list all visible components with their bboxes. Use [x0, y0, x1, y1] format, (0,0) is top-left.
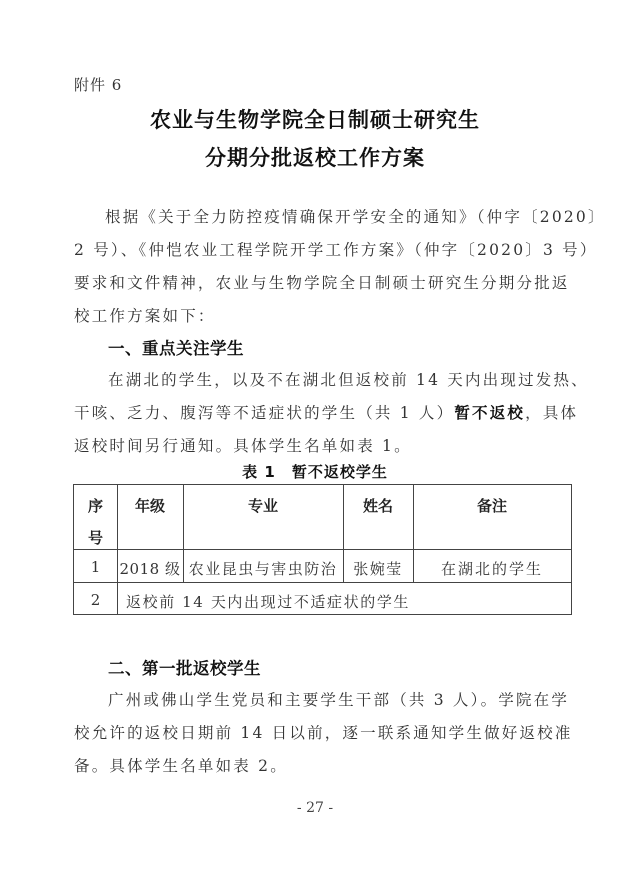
table1: 序 号 年级 专业 姓名 备注 1 2018 级 农业昆虫与害虫防治 张婉莹 在… — [73, 484, 572, 615]
section1-line: 干咳、乏力、腹泻等不适症状的学生（共 1 人）暂不返校，具体 — [74, 401, 578, 423]
table-header-seq: 序 — [74, 495, 117, 516]
table-header-major: 专业 — [183, 495, 343, 516]
table-header-seq: 号 — [74, 527, 117, 548]
table-cell-seq: 1 — [74, 558, 117, 576]
table1-caption: 表 1 暂不返校学生 — [0, 461, 630, 482]
table-divider — [74, 582, 571, 583]
section1-line: 在湖北的学生，以及不在湖北但返校前 14 天内出现过发热、 — [108, 368, 589, 390]
table-header-name: 姓名 — [343, 495, 413, 516]
table-cell-grade: 2018 级 — [117, 558, 183, 579]
intro-line: 校工作方案如下： — [74, 304, 216, 326]
section2-heading: 二、第一批返校学生 — [108, 655, 261, 679]
table-cell-note: 在湖北的学生 — [413, 558, 571, 579]
section1-line2-tail: ，具体 — [525, 404, 578, 422]
document-title-line2: 分期分批返校工作方案 — [0, 142, 630, 172]
table-header-grade: 年级 — [117, 495, 183, 516]
section2-line: 备。具体学生名单如表 2。 — [74, 754, 288, 776]
section1-line: 返校时间另行通知。具体学生名单如表 1。 — [74, 434, 412, 456]
table-cell-name: 张婉莹 — [343, 558, 413, 579]
section1-heading: 一、重点关注学生 — [108, 335, 244, 359]
section2-line: 广州或佛山学生党员和主要学生干部（共 3 人）。学院在学 — [108, 688, 569, 710]
section1-line2-text: 干咳、乏力、腹泻等不适症状的学生（共 1 人） — [74, 404, 454, 422]
section2-line: 校允许的返校日期前 14 日以前，逐一联系通知学生做好返校准 — [74, 721, 573, 743]
page-number: - 27 - — [0, 800, 630, 816]
intro-line: 要求和文件精神，农业与生物学院全日制硕士研究生分期分批返 — [74, 271, 570, 293]
table-cell-merged: 返校前 14 天内出现过不适症状的学生 — [126, 591, 410, 612]
table-divider — [74, 549, 571, 550]
table-cell-major: 农业昆虫与害虫防治 — [183, 558, 343, 579]
intro-line: 2 号）、《仲恺农业工程学院开学工作方案》（仲字〔2020〕3 号） — [74, 238, 598, 260]
intro-line: 根据《关于全力防控疫情确保开学安全的通知》（仲字〔2020〕 — [105, 205, 606, 227]
table-cell-seq: 2 — [74, 591, 117, 609]
table-header-note: 备注 — [413, 495, 571, 516]
emphasis-no-return: 暂不返校 — [454, 404, 525, 422]
document-title-line1: 农业与生物学院全日制硕士研究生 — [0, 104, 630, 134]
attachment-label: 附件 6 — [74, 74, 122, 95]
